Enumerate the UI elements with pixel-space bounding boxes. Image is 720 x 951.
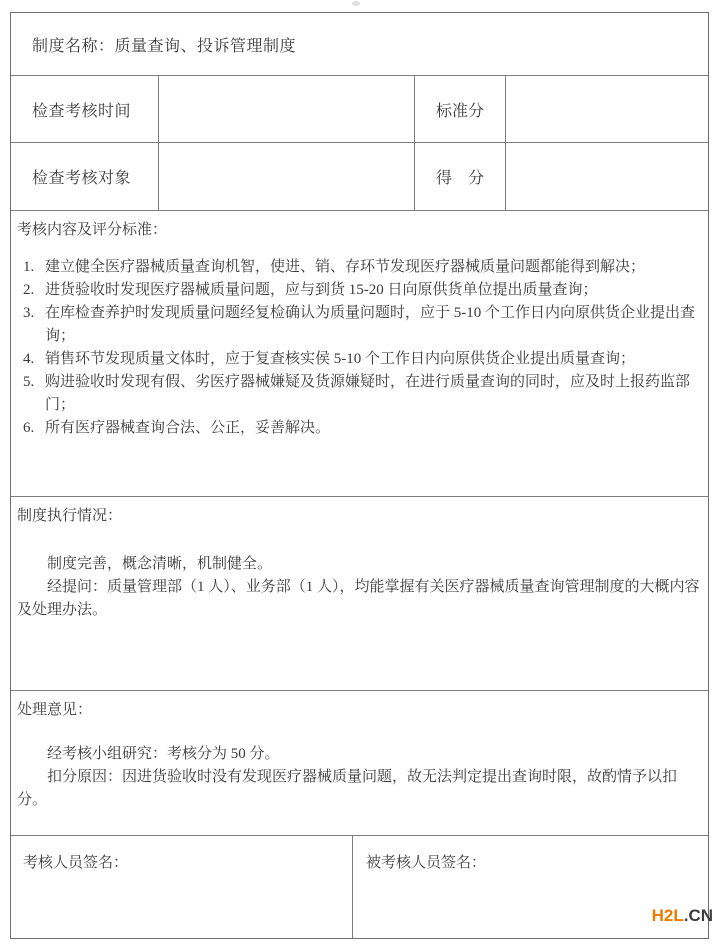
check-time-value-cell — [158, 76, 414, 142]
item-number: 3. — [17, 302, 45, 348]
item-text: 进货验收时发现医疗器械质量问题，应与到货 15-20 日向原供货单位提出质量查询… — [45, 279, 702, 302]
item-number: 6. — [17, 417, 45, 440]
opinion-paragraph: 经考核小组研究：考核分为 50 分。 — [17, 743, 702, 766]
item-text: 所有医疗器械查询合法、公正，妥善解决。 — [45, 417, 702, 440]
assessment-item: 5. 购进验收时发现有假、劣医疗器械嫌疑及货源嫌疑时，在进行质量查询的同时，应及… — [17, 371, 702, 417]
signature-row: 考核人员签名： 被考核人员签名： — [11, 836, 708, 938]
scan-smudge-artifact — [352, 1, 360, 6]
opinion-paragraph: 扣分原因：因进货验收时没有发现医疗器械质量问题，故无法判定提出查询时限，故酌情予… — [17, 766, 702, 812]
meta-row-check-time: 检查考核时间 标准分 — [11, 76, 708, 143]
assessment-item: 6. 所有医疗器械查询合法、公正，妥善解决。 — [17, 417, 702, 440]
item-number: 4. — [17, 348, 45, 371]
execution-paragraph: 制度完善，概念清晰，机制健全。 — [17, 553, 702, 576]
item-text: 购进验收时发现有假、劣医疗器械嫌疑及货源嫌疑时，在进行质量查询的同时，应及时上报… — [45, 371, 702, 417]
obtained-score-label-cell: 得 分 — [414, 143, 505, 210]
standard-score-label: 标准分 — [436, 98, 484, 121]
meta-row-check-target: 检查考核对象 得 分 — [11, 143, 708, 211]
assessee-signature-label: 被考核人员签名： — [366, 855, 486, 871]
execution-section: 制度执行情况： 制度完善，概念清晰，机制健全。 经提问：质量管理部（1 人）、业… — [11, 497, 708, 691]
check-target-label-cell: 检查考核对象 — [11, 143, 158, 210]
execution-paragraph: 经提问：质量管理部（1 人）、业务部（1 人），均能掌握有关医疗器械质量查询管理… — [17, 576, 702, 622]
check-time-label: 检查考核时间 — [32, 98, 131, 121]
check-target-label: 检查考核对象 — [32, 165, 131, 188]
opinion-section: 处理意见： 经考核小组研究：考核分为 50 分。 扣分原因：因进货验收时没有发现… — [11, 691, 708, 836]
check-time-label-cell: 检查考核时间 — [11, 76, 158, 142]
watermark: H2L.CN — [652, 906, 713, 926]
assessor-signature-label: 考核人员签名： — [23, 855, 128, 871]
item-text: 在库检查养护时发现质量问题经复检确认为质量问题时，应于 5-10 个工作日内向原… — [45, 302, 702, 348]
system-name-row: 制度名称：质量查询、投诉管理制度 — [11, 13, 708, 76]
opinion-heading: 处理意见： — [17, 699, 702, 722]
item-number: 5. — [17, 371, 45, 417]
assessment-section: 考核内容及评分标准： 1. 建立健全医疗器械质量查询机智，使进、销、存环节发现医… — [11, 211, 708, 497]
assessment-item: 4. 销售环节发现质量文体时，应于复查核实侯 5-10 个工作日内向原供货企业提… — [17, 348, 702, 371]
obtained-score-label: 得 分 — [436, 165, 484, 188]
standard-score-label-cell: 标准分 — [414, 76, 505, 142]
standard-score-value-cell — [505, 76, 708, 142]
check-target-value-cell — [158, 143, 414, 210]
assessment-form-sheet: 制度名称：质量查询、投诉管理制度 检查考核时间 标准分 检查考核对象 得 分 — [10, 12, 709, 939]
obtained-score-value-cell — [505, 143, 708, 210]
assessor-signature-cell: 考核人员签名： — [11, 836, 352, 938]
assessment-item: 1. 建立健全医疗器械质量查询机智，使进、销、存环节发现医疗器械质量问题都能得到… — [17, 256, 702, 279]
execution-heading: 制度执行情况： — [17, 505, 702, 528]
watermark-primary: H2L — [652, 906, 684, 925]
item-number: 2. — [17, 279, 45, 302]
item-text: 销售环节发现质量文体时，应于复查核实侯 5-10 个工作日内向原供货企业提出质量… — [45, 348, 702, 371]
item-number: 1. — [17, 256, 45, 279]
assessment-item: 3. 在库检查养护时发现质量问题经复检确认为质量问题时，应于 5-10 个工作日… — [17, 302, 702, 348]
assessment-heading: 考核内容及评分标准： — [17, 219, 702, 242]
item-text: 建立健全医疗器械质量查询机智，使进、销、存环节发现医疗器械质量问题都能得到解决； — [45, 256, 702, 279]
watermark-secondary: .CN — [684, 906, 713, 925]
assessment-item: 2. 进货验收时发现医疗器械质量问题，应与到货 15-20 日向原供货单位提出质… — [17, 279, 702, 302]
system-name-label: 制度名称：质量查询、投诉管理制度 — [32, 33, 296, 56]
